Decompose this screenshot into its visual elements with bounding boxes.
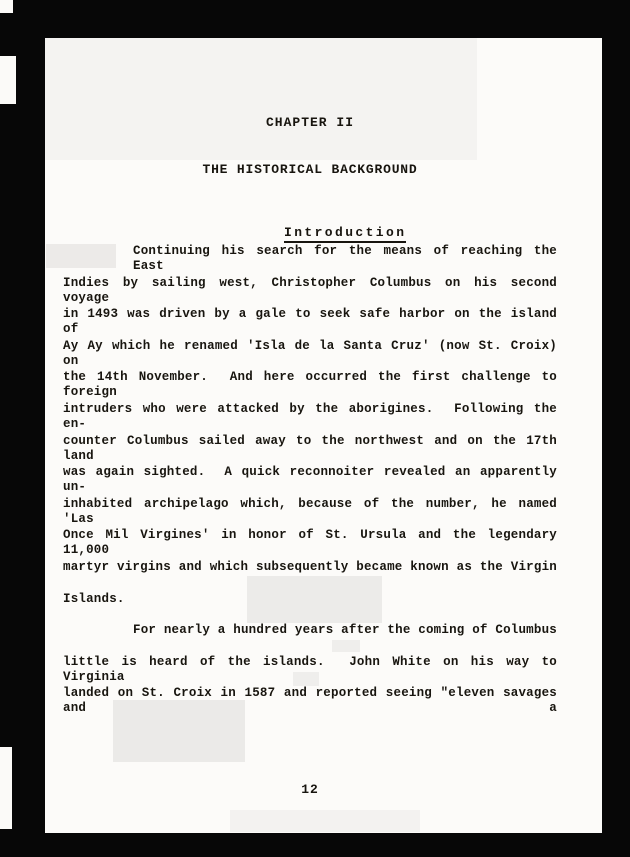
text-line: Islands. xyxy=(63,592,557,624)
text-line: inhabited archipelago which, because of … xyxy=(63,497,557,529)
scan-notch xyxy=(0,0,13,13)
text-line: the 14th November. And here occurred the… xyxy=(63,370,557,402)
text-line: Continuing his search for the means of r… xyxy=(63,244,557,276)
document-title: THE HISTORICAL BACKGROUND xyxy=(63,162,557,177)
body-text: Continuing his search for the means of r… xyxy=(63,244,557,718)
text-line: was again sighted. A quick reconnoiter r… xyxy=(63,465,557,497)
text-line: Ay Ay which he renamed 'Isla de la Santa… xyxy=(63,339,557,371)
text-line: martyr virgins and which subsequently be… xyxy=(63,560,557,592)
text-line: landed on St. Croix in 1587 and reported… xyxy=(63,686,557,718)
scan-notch xyxy=(0,747,12,829)
section-heading-text: Introduction xyxy=(284,225,406,243)
chapter-heading: CHAPTER II xyxy=(63,115,557,130)
text-line: Once Mil Virgines' in honor of St. Ursul… xyxy=(63,528,557,560)
text-line: Indies by sailing west, Christopher Colu… xyxy=(63,276,557,308)
text-line: intruders who were attacked by the abori… xyxy=(63,402,557,434)
document-page: CHAPTER II THE HISTORICAL BACKGROUND Int… xyxy=(45,38,602,833)
text-line: in 1493 was driven by a gale to seek saf… xyxy=(63,307,557,339)
text-line: counter Columbus sailed away to the nort… xyxy=(63,434,557,466)
page-number: 12 xyxy=(63,782,557,797)
page-content: CHAPTER II THE HISTORICAL BACKGROUND Int… xyxy=(45,38,602,833)
scanned-document: CHAPTER II THE HISTORICAL BACKGROUND Int… xyxy=(0,0,630,857)
text-line: little is heard of the islands. John Whi… xyxy=(63,655,557,687)
scan-notch xyxy=(0,56,16,104)
text-line: For nearly a hundred years after the com… xyxy=(63,623,557,655)
